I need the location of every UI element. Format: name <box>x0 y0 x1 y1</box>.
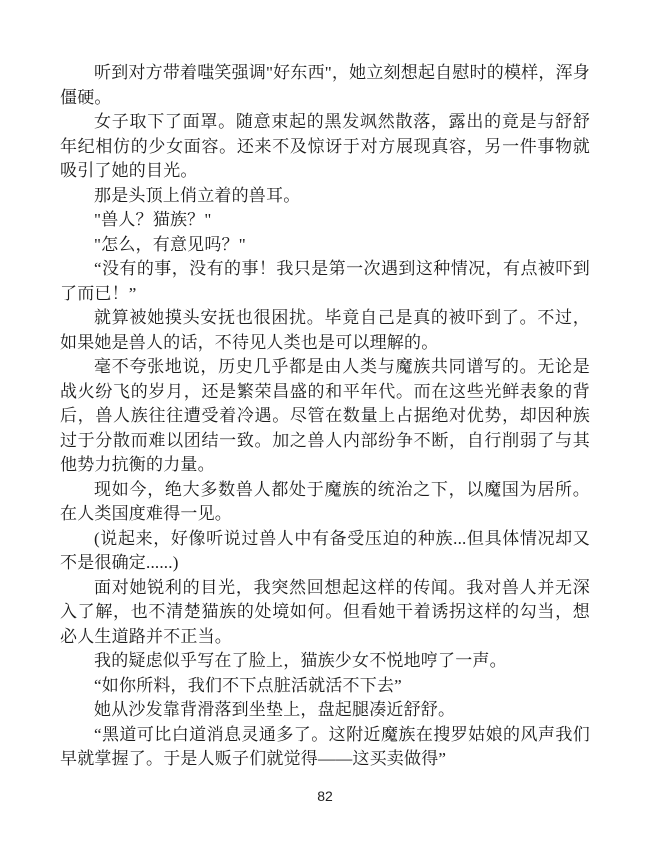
paragraph: 毫不夸张地说，历史几乎都是由人类与魔族共同谱写的。无论是战火纷飞的岁月，还是繁荣… <box>60 355 590 478</box>
paragraph-dialogue: "怎么，有意见吗？" <box>60 233 590 258</box>
paragraph: 我的疑虑似乎写在了脸上，猫族少女不悦地哼了一声。 <box>60 649 590 674</box>
paragraph: 听到对方带着嗤笑强调"好东西"，她立刻想起自慰时的模样，浑身僵硬。 <box>60 61 590 110</box>
paragraph-dialogue: “如你所料，我们不下点脏活就活不下去” <box>60 674 590 699</box>
paragraph-dialogue: "兽人？猫族？" <box>60 208 590 233</box>
paragraph: 面对她锐利的目光，我突然回想起这样的传闻。我对兽人并无深入了解，也不清楚猫族的处… <box>60 576 590 650</box>
paragraph: 现如今，绝大多数兽人都处于魔族的统治之下，以魔国为居所。在人类国度难得一见。 <box>60 478 590 527</box>
paragraph: 就算被她摸头安抚也很困扰。毕竟自己是真的被吓到了。不过，如果她是兽人的话，不待见… <box>60 306 590 355</box>
paragraph-dialogue: “没有的事，没有的事！我只是第一次遇到这种情况，有点被吓到了而已！” <box>60 257 590 306</box>
paragraph: 她从沙发靠背滑落到坐垫上，盘起腿凑近舒舒。 <box>60 698 590 723</box>
page-number: 82 <box>0 788 650 804</box>
paragraph-dialogue: “黑道可比白道消息灵通多了。这附近魔族在搜罗姑娘的风声我们早就掌握了。于是人贩子… <box>60 723 590 772</box>
page-body-text: 听到对方带着嗤笑强调"好东西"，她立刻想起自慰时的模样，浑身僵硬。 女子取下了面… <box>60 61 590 772</box>
book-page: 听到对方带着嗤笑强调"好东西"，她立刻想起自慰时的模样，浑身僵硬。 女子取下了面… <box>0 0 650 850</box>
paragraph-inner-thought: (说起来，好像听说过兽人中有备受压迫的种族...但具体情况却又不是很确定....… <box>60 527 590 576</box>
paragraph: 女子取下了面罩。随意束起的黑发飒然散落，露出的竟是与舒舒年纪相仿的少女面容。还来… <box>60 110 590 184</box>
paragraph: 那是头顶上俏立着的兽耳。 <box>60 184 590 209</box>
